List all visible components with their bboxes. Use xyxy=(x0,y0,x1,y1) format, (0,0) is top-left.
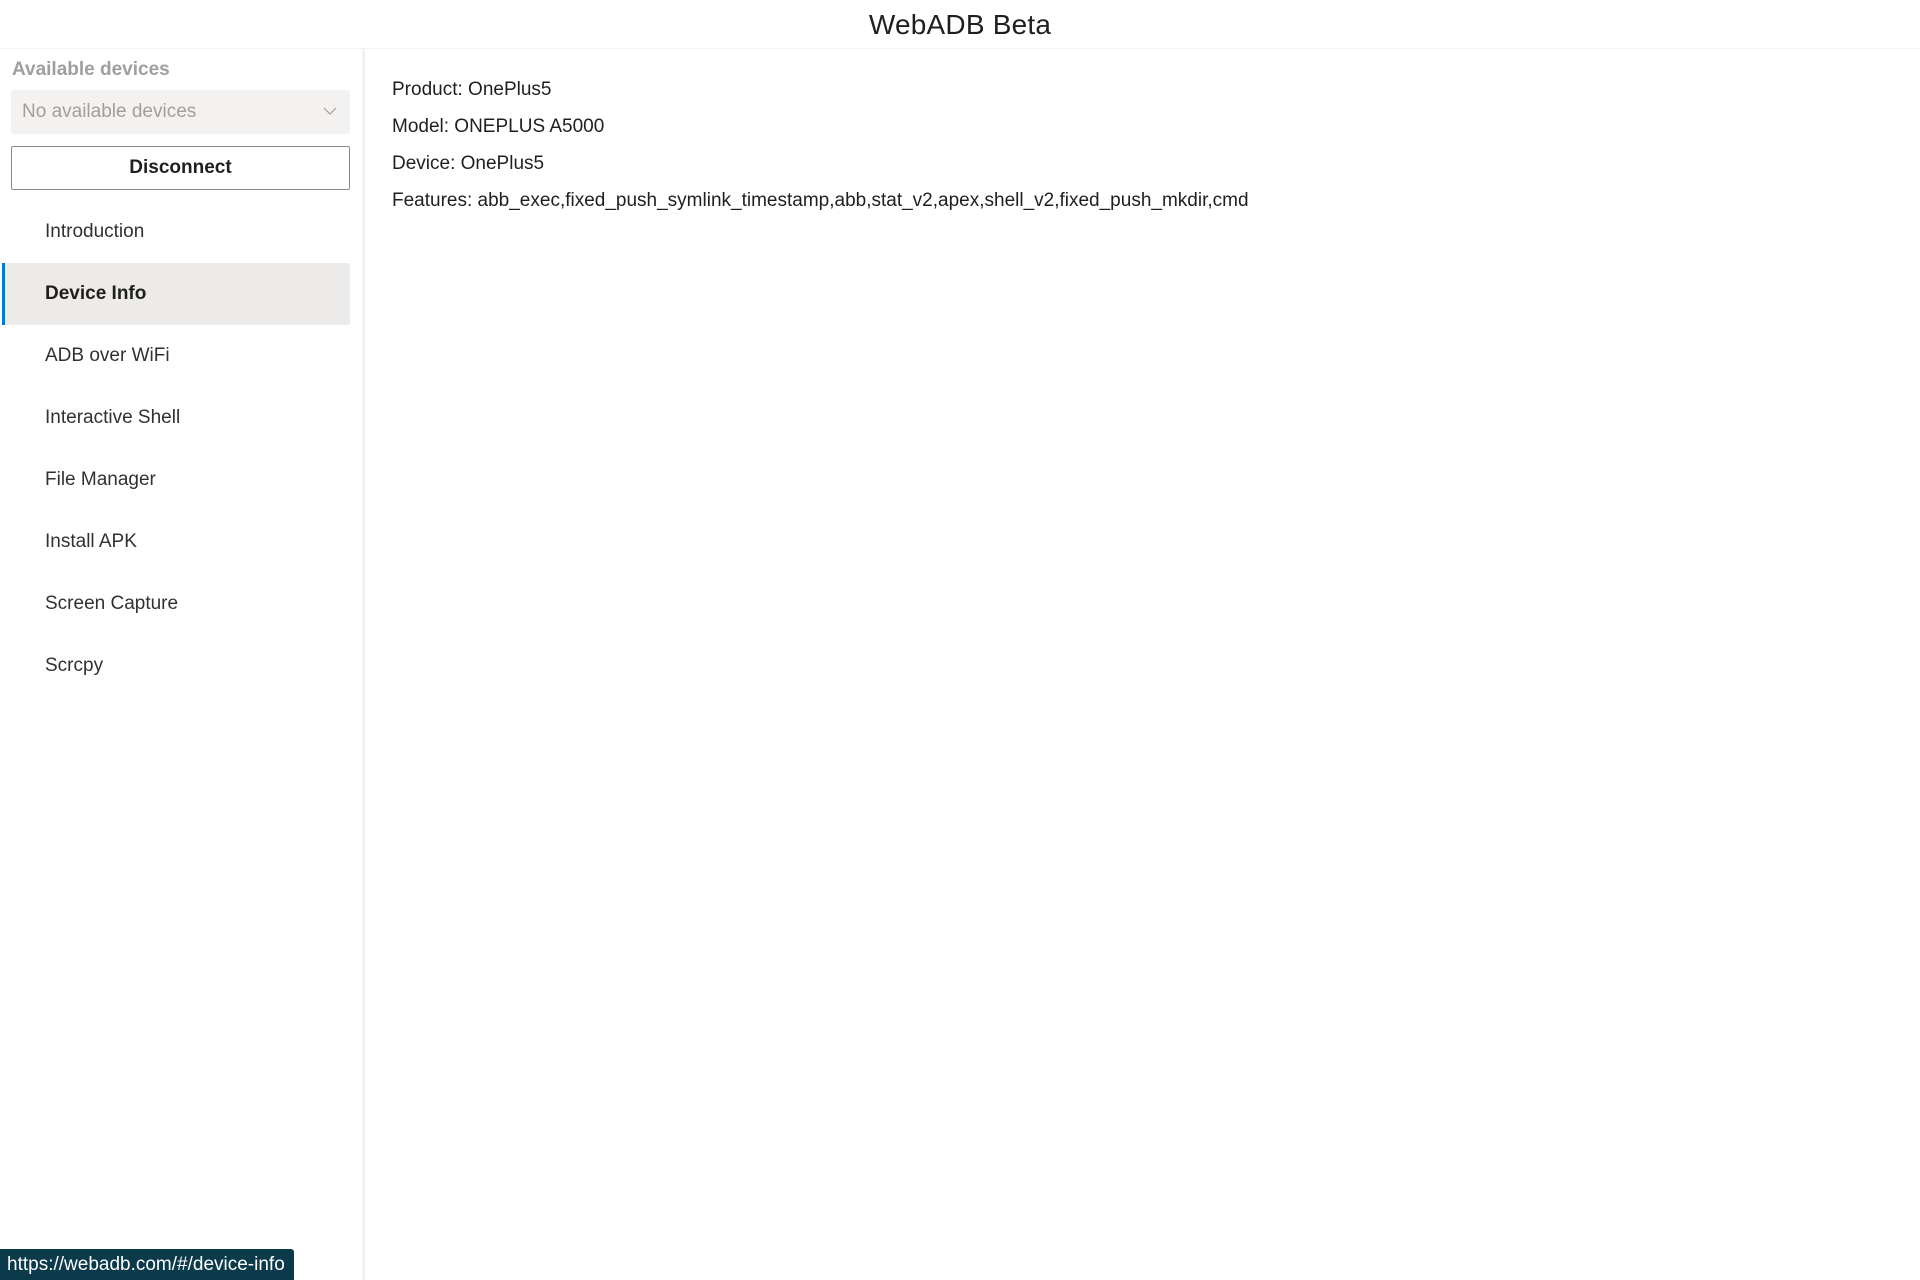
sidebar-item-device-info[interactable]: Device Info xyxy=(2,263,350,325)
app-title: WebADB Beta xyxy=(869,9,1051,41)
sidebar-item-screen-capture[interactable]: Screen Capture xyxy=(0,573,350,635)
status-url: https://webadb.com/#/device-info xyxy=(7,1254,285,1276)
link-status-bar: https://webadb.com/#/device-info xyxy=(0,1249,294,1280)
features-info: Features: abb_exec,fixed_push_symlink_ti… xyxy=(392,190,1249,212)
device-dropdown[interactable]: No available devices xyxy=(11,90,350,134)
device-info-panel: Product: OnePlus5 Model: ONEPLUS A5000 D… xyxy=(392,49,1920,1280)
sidebar-item-adb-over-wifi[interactable]: ADB over WiFi xyxy=(0,325,350,387)
device-name-info: Device: OnePlus5 xyxy=(392,153,544,175)
available-devices-label: Available devices xyxy=(12,59,170,81)
sidebar-nav: Introduction Device Info ADB over WiFi I… xyxy=(0,201,350,697)
model-info: Model: ONEPLUS A5000 xyxy=(392,116,604,138)
sidebar-item-label: Interactive Shell xyxy=(45,407,180,429)
product-info: Product: OnePlus5 xyxy=(392,79,551,101)
app-header: WebADB Beta xyxy=(0,0,1920,49)
sidebar-item-label: File Manager xyxy=(45,469,156,491)
sidebar-item-label: Scrcpy xyxy=(45,655,103,677)
sidebar-item-interactive-shell[interactable]: Interactive Shell xyxy=(0,387,350,449)
sidebar-item-file-manager[interactable]: File Manager xyxy=(0,449,350,511)
sidebar-item-introduction[interactable]: Introduction xyxy=(0,201,350,263)
sidebar-item-scrcpy[interactable]: Scrcpy xyxy=(0,635,350,697)
sidebar-item-label: ADB over WiFi xyxy=(45,345,170,367)
disconnect-button[interactable]: Disconnect xyxy=(11,146,350,190)
sidebar-item-label: Introduction xyxy=(45,221,144,243)
device-dropdown-value: No available devices xyxy=(22,101,196,123)
sidebar-item-label: Install APK xyxy=(45,531,137,553)
sidebar-item-label: Device Info xyxy=(45,283,146,305)
sidebar: Available devices No available devices D… xyxy=(0,49,365,1280)
sidebar-item-label: Screen Capture xyxy=(45,593,178,615)
sidebar-item-install-apk[interactable]: Install APK xyxy=(0,511,350,573)
chevron-down-icon xyxy=(323,104,337,118)
